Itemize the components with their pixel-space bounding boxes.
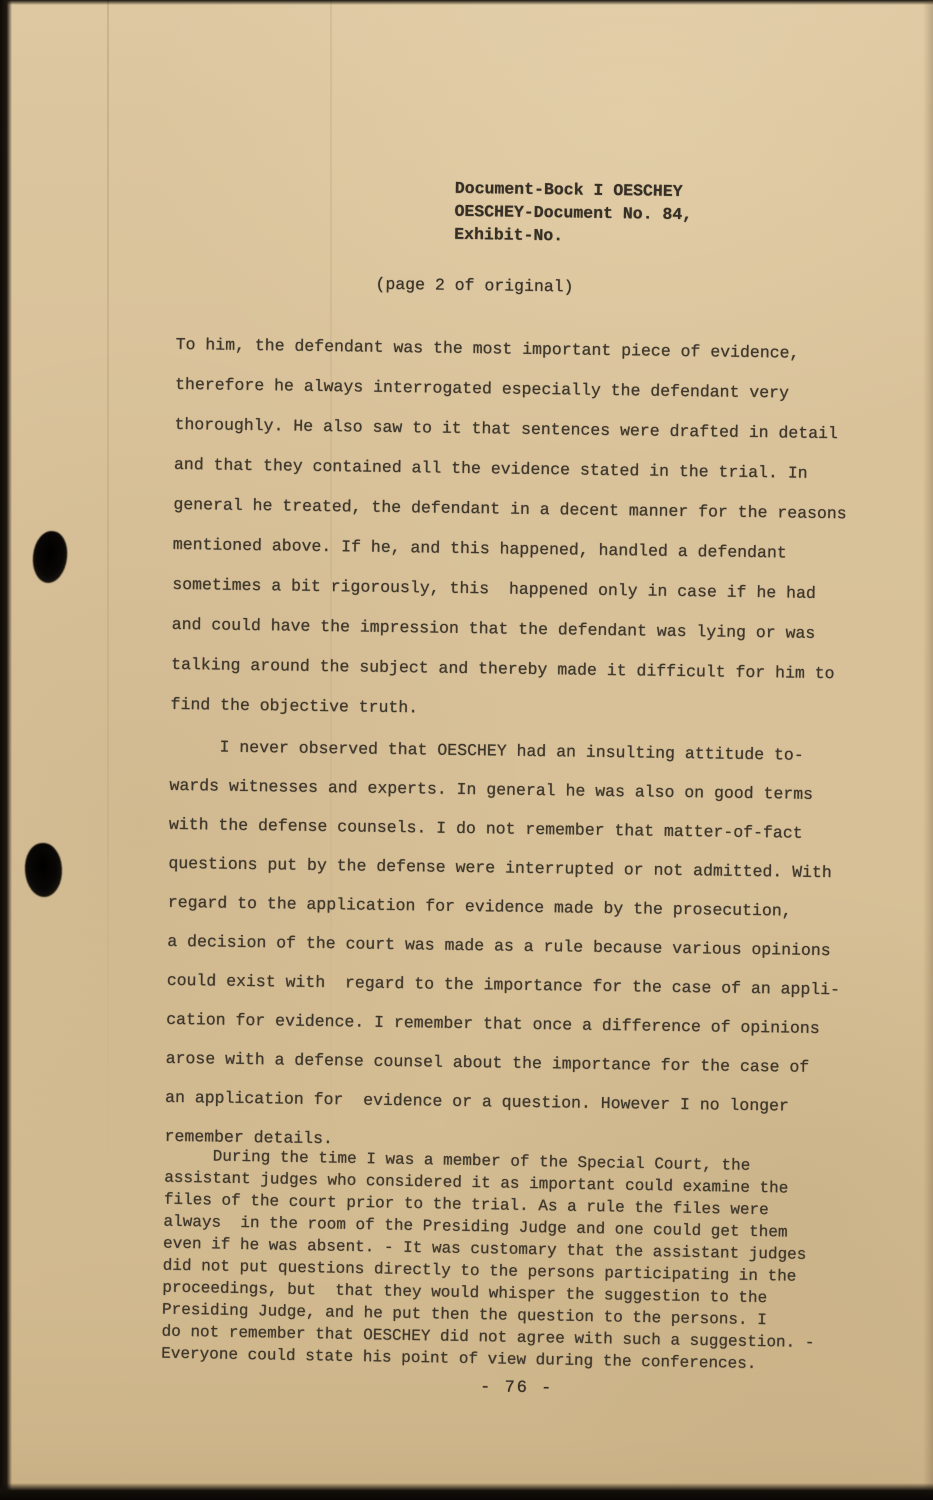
- page-number: - 76 -: [480, 1378, 553, 1398]
- page-note: (page 2 of original): [375, 275, 573, 297]
- paragraph-special-court: During the time I was a member of the Sp…: [161, 1145, 865, 1377]
- paragraph-witnesses-and-evidence: I never observed that OESCHEY had an ins…: [164, 727, 870, 1166]
- paragraph-defendant-treatment: To him, the defendant was the most impor…: [170, 325, 876, 735]
- document-header: Document-Bock I OESCHEY OESCHEY-Document…: [454, 177, 693, 249]
- scanned-page: Document-Bock I OESCHEY OESCHEY-Document…: [0, 0, 933, 1500]
- typewritten-text-layer: Document-Bock I OESCHEY OESCHEY-Document…: [0, 0, 933, 1500]
- scan-edge-bottom: [0, 1483, 933, 1500]
- scan-edge-right: [923, 0, 933, 1500]
- scan-edge-left: [0, 0, 12, 1500]
- scan-edge-top: [0, 0, 933, 5]
